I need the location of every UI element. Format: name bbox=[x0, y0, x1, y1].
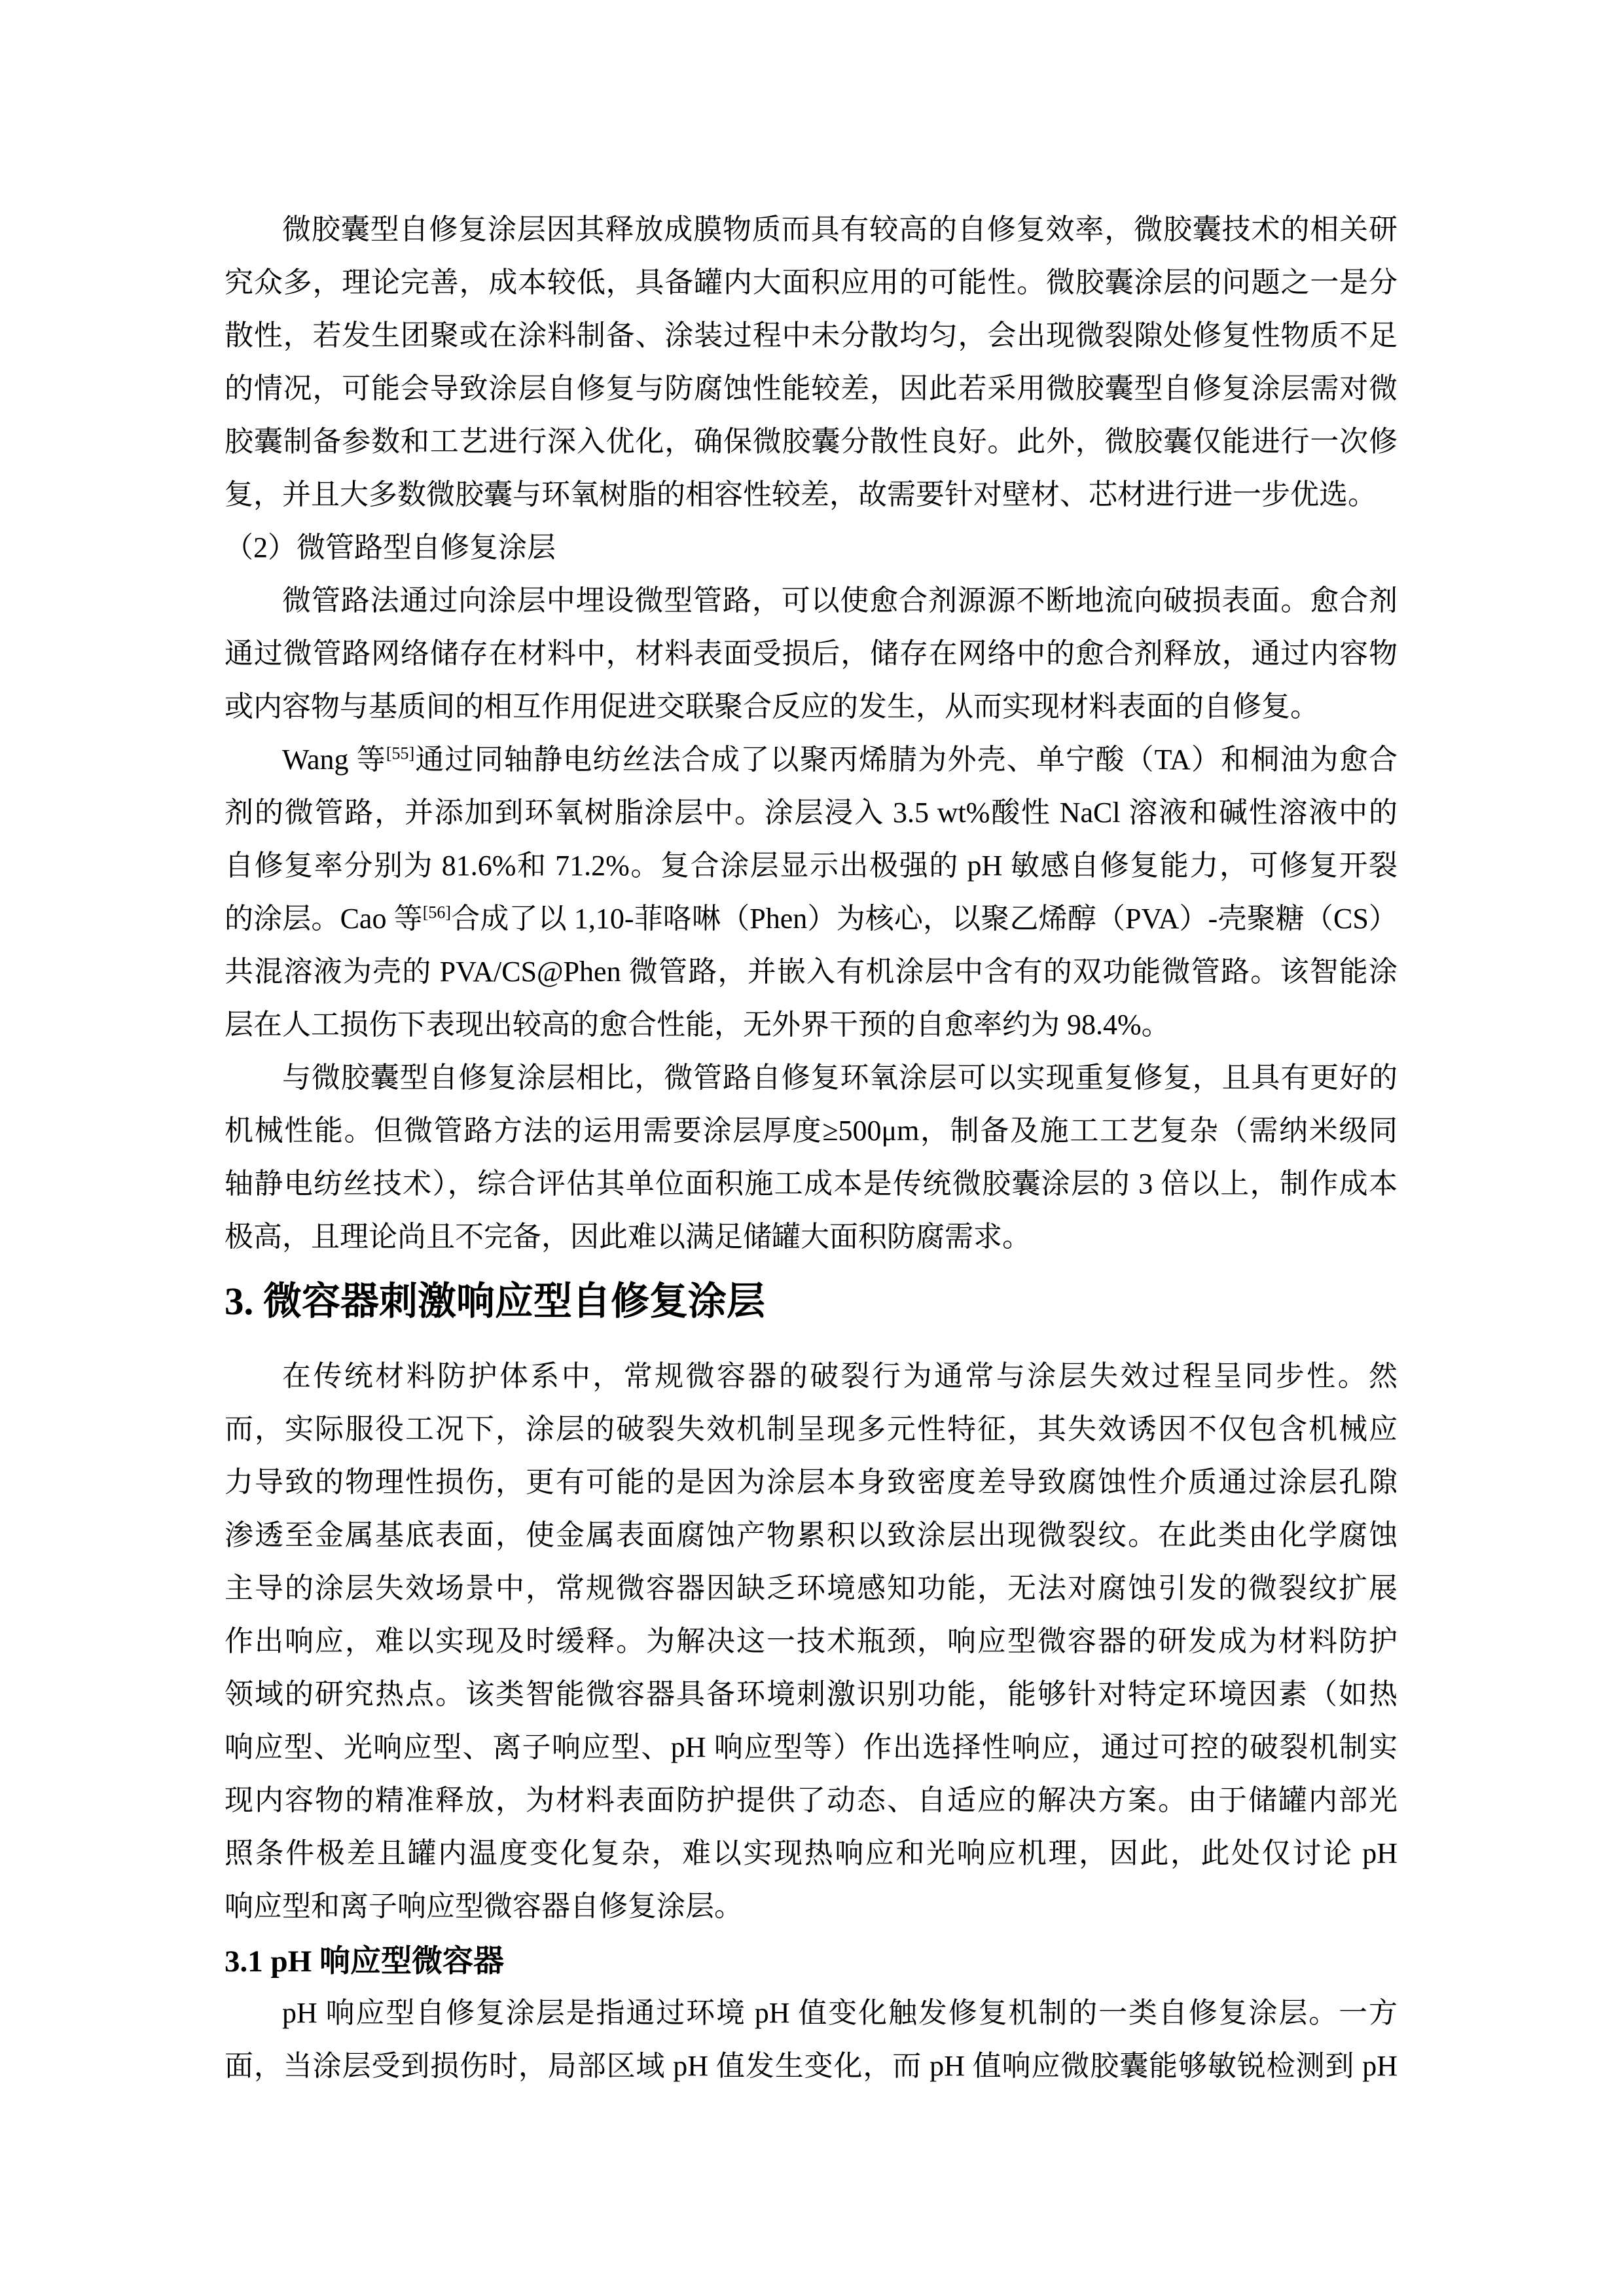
text-line: 渗透至金属基底表面，使金属表面腐蚀产物累积以致涂层出现微裂纹。在此类由化学腐蚀 bbox=[225, 1509, 1398, 1562]
text-line: Wang 等[55]通过同轴静电纺丝法合成了以聚丙烯腈为外壳、单宁酸（TA）和桐… bbox=[225, 733, 1398, 786]
text-line: 与微胶囊型自修复涂层相比，微管路自修复环氧涂层可以实现重复修复，且具有更好的 bbox=[225, 1051, 1398, 1104]
text-line: 作出响应，难以实现及时缓释。为解决这一技术瓶颈，响应型微容器的研发成为材料防护 bbox=[225, 1615, 1398, 1668]
text-line: 自修复率分别为 81.6%和 71.2%。复合涂层显示出极强的 pH 敏感自修复… bbox=[225, 839, 1398, 892]
para-microcapsule-issues: 微胶囊型自修复涂层因其释放成膜物质而具有较高的自修复效率，微胶囊技术的相关研究众… bbox=[225, 203, 1398, 521]
text-line: （2）微管路型自修复涂层 bbox=[225, 521, 1398, 574]
text-line: 响应型和离子响应型微容器自修复涂层。 bbox=[225, 1880, 1398, 1933]
text-line: pH 响应型自修复涂层是指通过环境 pH 值变化触发修复机制的一类自修复涂层。一… bbox=[225, 1986, 1398, 2039]
text-line: 或内容物与基质间的相互作用促进交联聚合反应的发生，从而实现材料表面的自修复。 bbox=[225, 680, 1398, 733]
para-microchannel-principle: 微管路法通过向涂层中埋设微型管路，可以使愈合剂源源不断地流向破损表面。愈合剂通过… bbox=[225, 574, 1398, 733]
text-line: 极高，且理论尚且不完备，因此难以满足储罐大面积防腐需求。 bbox=[225, 1210, 1398, 1263]
text-line: 究众多，理论完善，成本较低，具备罐内大面积应用的可能性。微胶囊涂层的问题之一是分 bbox=[225, 256, 1398, 309]
text-line: 而，实际服役工况下，涂层的破裂失效机制呈现多元性特征，其失效诱因不仅包含机械应 bbox=[225, 1403, 1398, 1456]
citation-superscript: [56] bbox=[423, 903, 451, 922]
text-line: 在传统材料防护体系中，常规微容器的破裂行为通常与涂层失效过程呈同步性。然 bbox=[225, 1350, 1398, 1403]
text-line: 微管路法通过向涂层中埋设微型管路，可以使愈合剂源源不断地流向破损表面。愈合剂 bbox=[225, 574, 1398, 627]
text-line: 共混溶液为壳的 PVA/CS@Phen 微管路，并嵌入有机涂层中含有的双功能微管… bbox=[225, 945, 1398, 998]
text-line: 通过微管路网络储存在材料中，材料表面受损后，储存在网络中的愈合剂释放，通过内容物 bbox=[225, 627, 1398, 680]
heading-section-3: 3. 微容器刺激响应型自修复涂层 bbox=[225, 1278, 1398, 1325]
para-list-label-2-microchannel: （2）微管路型自修复涂层 bbox=[225, 521, 1398, 574]
text-line: 层在人工损伤下表现出较高的愈合性能，无外界干预的自愈率约为 98.4%。 bbox=[225, 998, 1398, 1051]
text-line: 现内容物的精准释放，为材料表面防护提供了动态、自适应的解决方案。由于储罐内部光 bbox=[225, 1774, 1398, 1827]
text-line: 微胶囊型自修复涂层因其释放成膜物质而具有较高的自修复效率，微胶囊技术的相关研 bbox=[225, 203, 1398, 256]
text-line: 响应型、光响应型、离子响应型、pH 响应型等）作出选择性响应，通过可控的破裂机制… bbox=[225, 1721, 1398, 1774]
para-microchannel-comparison: 与微胶囊型自修复涂层相比，微管路自修复环氧涂层可以实现重复修复，且具有更好的机械… bbox=[225, 1051, 1398, 1263]
para-ph-responsive-intro: pH 响应型自修复涂层是指通过环境 pH 值变化触发修复机制的一类自修复涂层。一… bbox=[225, 1986, 1398, 2092]
para-microcontainer-intro: 在传统材料防护体系中，常规微容器的破裂行为通常与涂层失效过程呈同步性。然而，实际… bbox=[225, 1350, 1398, 1933]
text-line: 散性，若发生团聚或在涂料制备、涂装过程中未分散均匀，会出现微裂隙处修复性物质不足 bbox=[225, 309, 1398, 362]
document-page: 微胶囊型自修复涂层因其释放成膜物质而具有较高的自修复效率，微胶囊技术的相关研究众… bbox=[0, 0, 1624, 2296]
text-line: 机械性能。但微管路方法的运用需要涂层厚度≥500μm，制备及施工工艺复杂（需纳米… bbox=[225, 1104, 1398, 1157]
text-line: 的涂层。Cao 等[56]合成了以 1,10-菲咯啉（Phen）为核心，以聚乙烯… bbox=[225, 892, 1398, 945]
text-line: 主导的涂层失效场景中，常规微容器因缺乏环境感知功能，无法对腐蚀引发的微裂纹扩展 bbox=[225, 1562, 1398, 1615]
document-body: 微胶囊型自修复涂层因其释放成膜物质而具有较高的自修复效率，微胶囊技术的相关研究众… bbox=[225, 203, 1398, 2092]
citation-superscript: [55] bbox=[386, 744, 414, 762]
text-line: 胶囊制备参数和工艺进行深入优化，确保微胶囊分散性良好。此外，微胶囊仅能进行一次修 bbox=[225, 415, 1398, 468]
text-line: 面，当涂层受到损伤时，局部区域 pH 值发生变化，而 pH 值响应微胶囊能够敏锐… bbox=[225, 2039, 1398, 2092]
text-line: 的情况，可能会导致涂层自修复与防腐蚀性能较差，因此若采用微胶囊型自修复涂层需对微 bbox=[225, 362, 1398, 415]
text-line: 轴静电纺丝技术），综合评估其单位面积施工成本是传统微胶囊涂层的 3 倍以上，制作… bbox=[225, 1157, 1398, 1210]
text-line: 力导致的物理性损伤，更有可能的是因为涂层本身致密度差导致腐蚀性介质通过涂层孔隙 bbox=[225, 1456, 1398, 1509]
text-line: 复，并且大多数微胶囊与环氧树脂的相容性较差，故需要针对壁材、芯材进行进一步优选。 bbox=[225, 468, 1398, 521]
heading-section-3-1: 3.1 pH 响应型微容器 bbox=[225, 1942, 1398, 1981]
text-line: 剂的微管路，并添加到环氧树脂涂层中。涂层浸入 3.5 wt%酸性 NaCl 溶液… bbox=[225, 786, 1398, 839]
text-line: 领域的研究热点。该类智能微容器具备环境刺激识别功能，能够针对特定环境因素（如热 bbox=[225, 1668, 1398, 1721]
para-wang-cao-studies: Wang 等[55]通过同轴静电纺丝法合成了以聚丙烯腈为外壳、单宁酸（TA）和桐… bbox=[225, 733, 1398, 1051]
text-line: 照条件极差且罐内温度变化复杂，难以实现热响应和光响应机理，因此，此处仅讨论 pH bbox=[225, 1827, 1398, 1880]
